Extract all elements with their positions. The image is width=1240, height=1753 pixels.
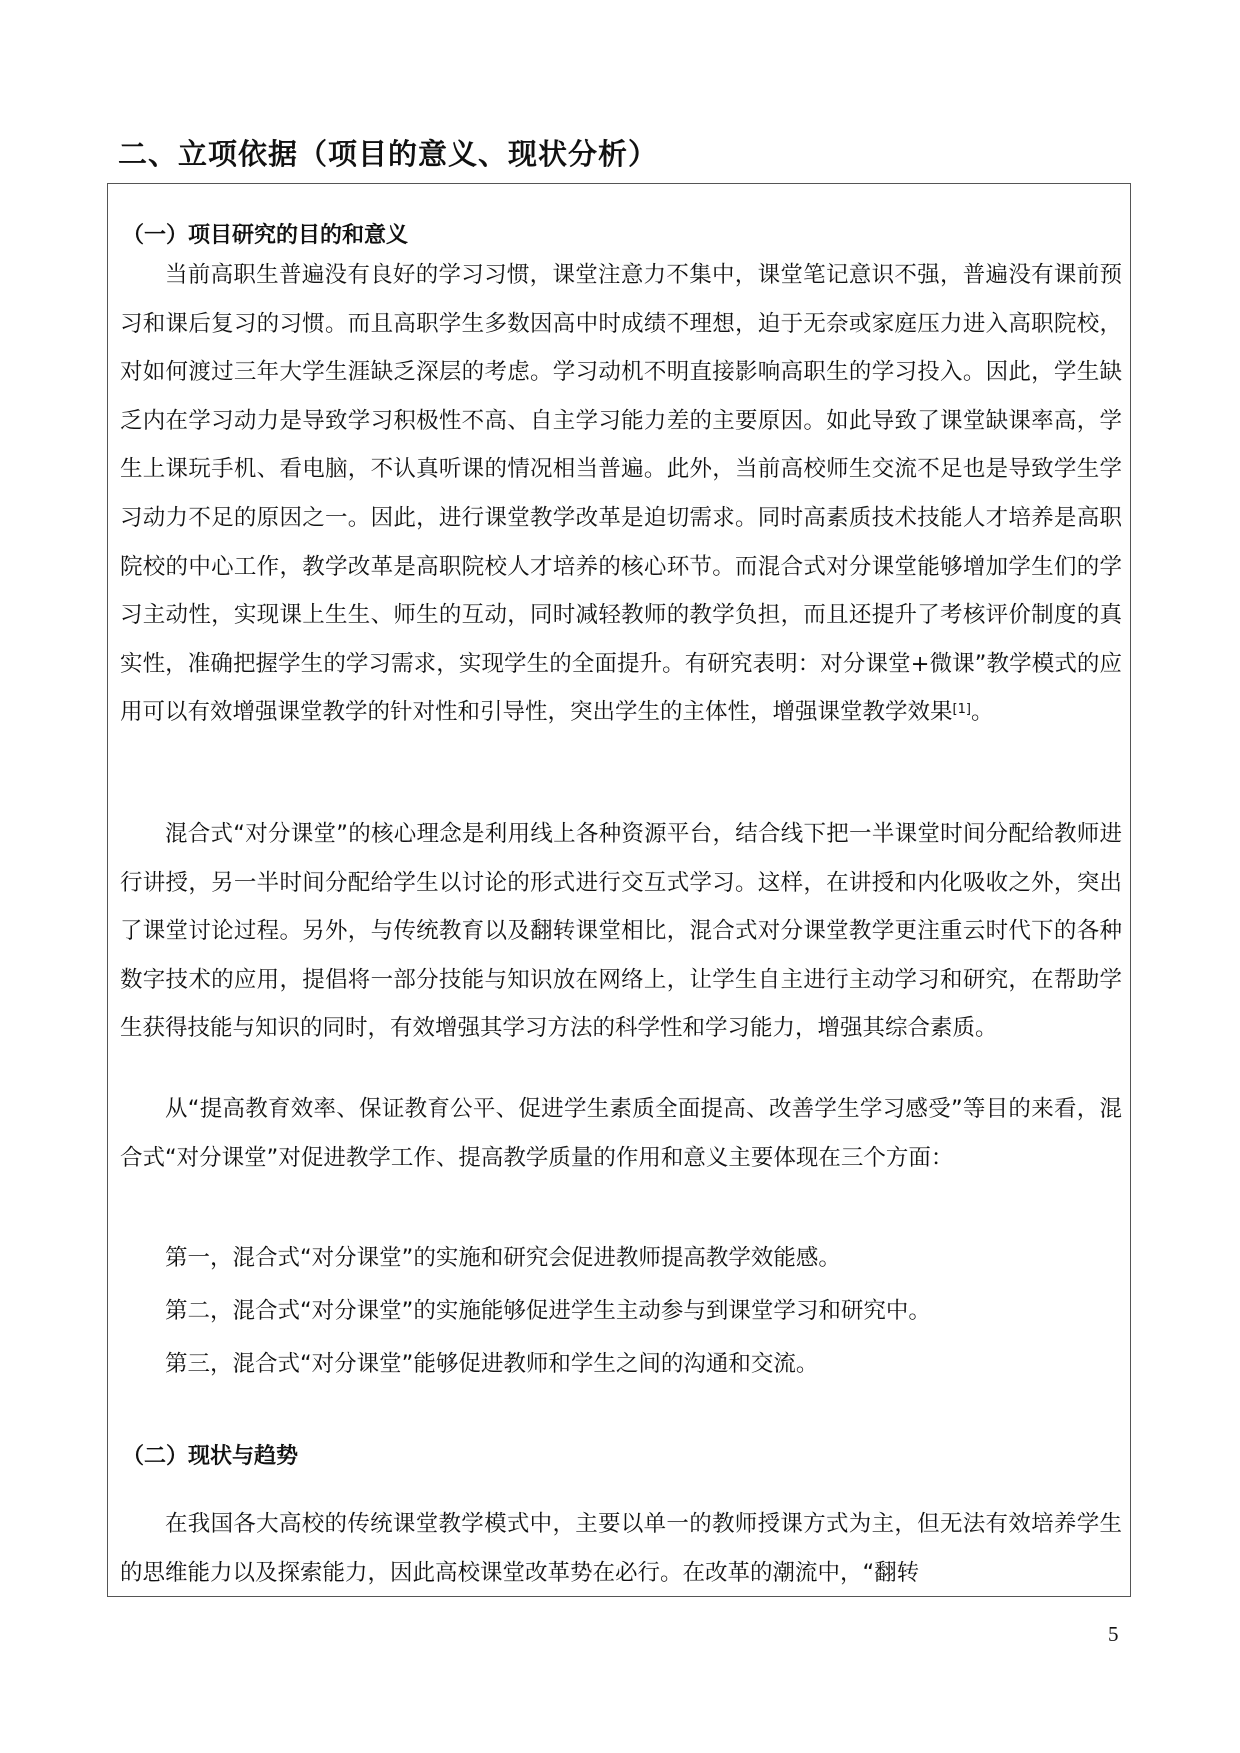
list-item: 第三，混合式“对分课堂”能够促进教师和学生之间的沟通和交流。 <box>120 1340 1122 1388</box>
paragraph-end: 。 <box>971 699 994 725</box>
paragraph-purpose-3: 从“提高教育效率、保证教育公平、促进学生素质全面提高、改善学生学习感受”等目的来… <box>120 1085 1122 1182</box>
paragraph-purpose-1: 当前高职生普遍没有良好的学习习惯，课堂注意力不集中，课堂笔记意识不强，普遍没有课… <box>120 251 1122 737</box>
section-title: 二、立项依据（项目的意义、现状分析） <box>118 132 658 173</box>
subsection-heading-status: （二）现状与趋势 <box>122 1439 298 1470</box>
citation-marker: [1] <box>953 702 971 717</box>
subsection-heading-purpose: （一）项目研究的目的和意义 <box>122 218 408 249</box>
paragraph-purpose-2: 混合式“对分课堂”的核心理念是利用线上各种资源平台，结合线下把一半课堂时间分配给… <box>120 810 1122 1053</box>
list-item: 第一，混合式“对分课堂”的实施和研究会促进教师提高教学效能感。 <box>120 1234 1122 1282</box>
list-item: 第二，混合式“对分课堂”的实施能够促进学生主动参与到课堂学习和研究中。 <box>120 1287 1122 1335</box>
page-number: 5 <box>1108 1622 1119 1647</box>
paragraph-status-1: 在我国各大高校的传统课堂教学模式中，主要以单一的教师授课方式为主，但无法有效培养… <box>120 1500 1122 1597</box>
paragraph-text: 当前高职生普遍没有良好的学习习惯，课堂注意力不集中，课堂笔记意识不强，普遍没有课… <box>120 262 1122 725</box>
